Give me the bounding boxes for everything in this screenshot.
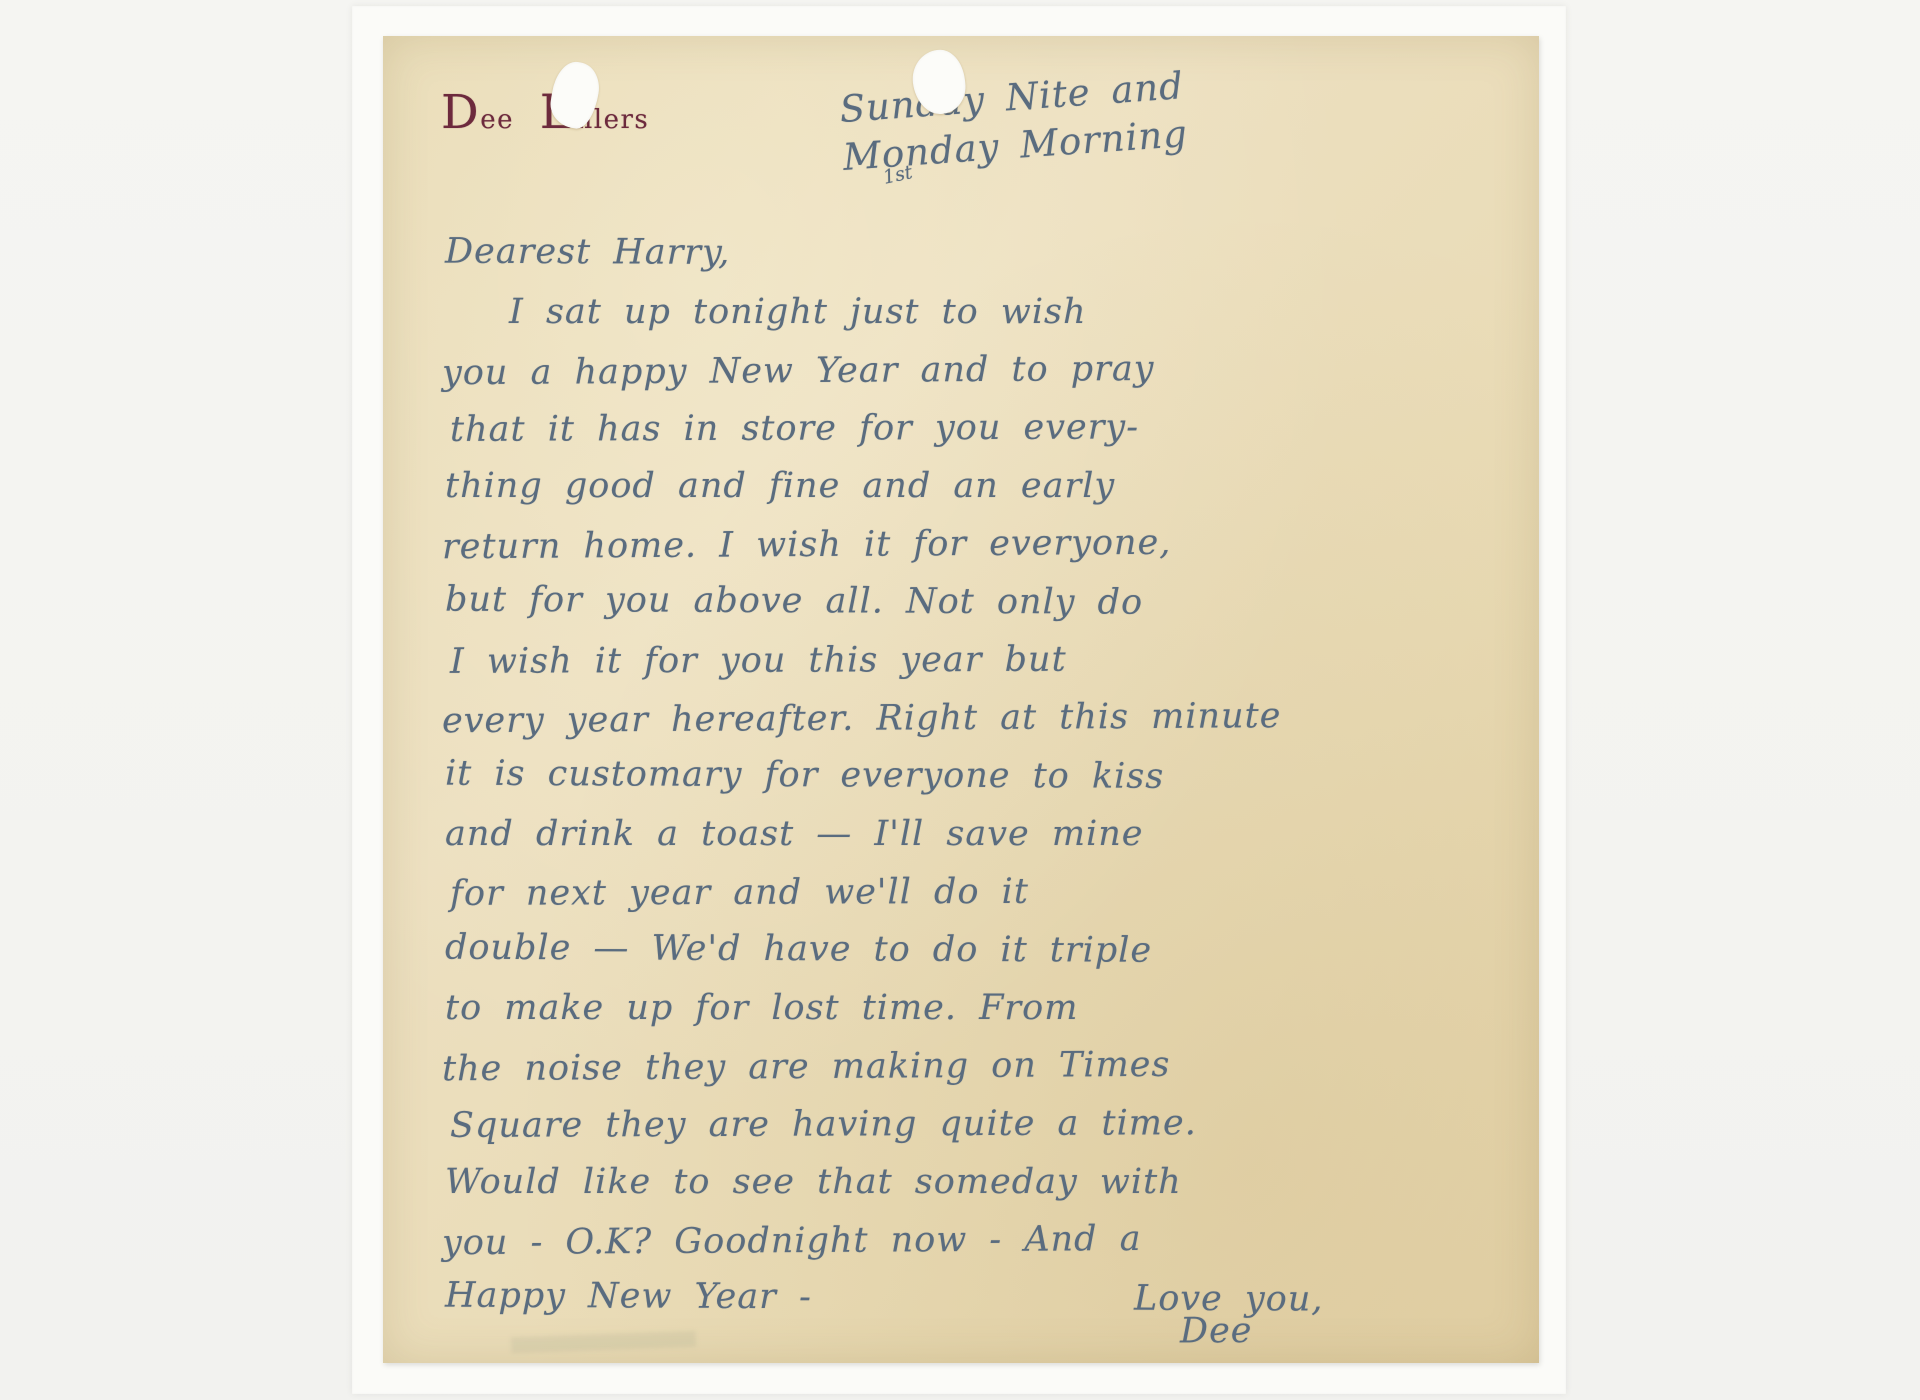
letter-line: you a happy New Year and to pray: [442, 338, 1512, 403]
letterhead-first-name: Dee: [441, 98, 514, 135]
letter-line: you - O.K? Goodnight now - And a: [442, 1208, 1512, 1273]
letter-line: that it has in store for you every-: [450, 397, 1520, 459]
dateline-note: 1st: [881, 161, 914, 189]
letter-line: the noise they are making on Times: [442, 1034, 1512, 1099]
letter-line: I sat up tonight just to wish: [445, 283, 1515, 341]
letter-line: Would like to see that someday with: [445, 1153, 1515, 1211]
letter-line: and drink a toast — I'll save mine: [445, 805, 1515, 863]
scan-background: Dee Ehlers Sunday Nite and Monday Mornin…: [0, 0, 1920, 1400]
scan-mat: Dee Ehlers Sunday Nite and Monday Mornin…: [352, 6, 1566, 1394]
letter-line: but for you above all. Not only do: [445, 571, 1515, 634]
dateline: Sunday Nite and Monday Morning: [838, 62, 1189, 182]
letter-line: thing good and fine and an early: [445, 457, 1515, 515]
letter-line: for next year and we'll do it: [450, 861, 1520, 923]
signature: Dee: [1180, 1311, 1253, 1351]
letter-line: I wish it for you this year but: [450, 629, 1520, 691]
letter-line: to make up for lost time. From: [445, 979, 1515, 1037]
letter-line: every year hereafter. Right at this minu…: [442, 686, 1512, 751]
letter-body: Dearest Harry, I sat up tonight just to …: [445, 225, 1515, 1361]
letter-paper: Dee Ehlers Sunday Nite and Monday Mornin…: [383, 36, 1539, 1363]
letter-line: return home. I wish it for everyone,: [442, 512, 1512, 577]
letterhead: Dee Ehlers: [441, 98, 649, 135]
signature-line: Dee: [450, 1301, 1520, 1363]
salutation: Dearest Harry,: [445, 223, 1515, 286]
letter-line: Square they are having quite a time.: [450, 1093, 1520, 1155]
letter-line: it is customary for everyone to kiss: [445, 745, 1515, 808]
letter-line: double — We'd have to do it triple: [445, 919, 1515, 982]
